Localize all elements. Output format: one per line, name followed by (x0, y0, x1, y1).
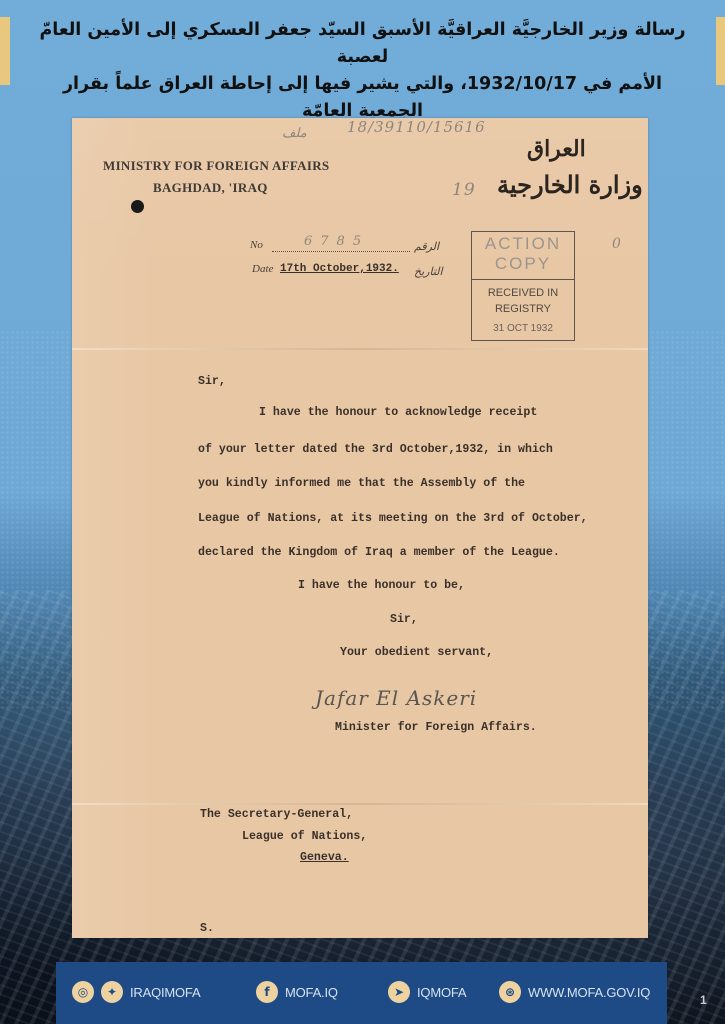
footer-item-telegram[interactable]: ➤ IQMOFA (388, 981, 466, 1003)
letterhead-city-en: BAGHDAD, 'IRAQ (153, 180, 268, 196)
pencil-note-file: ملف (282, 126, 307, 141)
pencil-note-side: 19 (452, 180, 476, 200)
pencil-note-stamp: 0 (612, 236, 622, 252)
date-value: 17th October,1932. (280, 263, 399, 275)
body-line-4: League of Nations, at its meeting on the… (198, 512, 588, 525)
number-line (272, 251, 410, 252)
paper-fold-line (72, 348, 648, 350)
number-value: 6785 (304, 234, 369, 249)
stamp-action-copy: ACTION COPY (472, 232, 574, 280)
paper-fold-line (72, 803, 648, 805)
closing-line-2: Sir, (390, 613, 418, 626)
footer-item-iraqimofa[interactable]: ◎ ✦ IRAQIMOFA (72, 981, 200, 1003)
facebook-icon[interactable]: f (256, 981, 278, 1003)
globe-icon[interactable]: ⊛ (499, 981, 521, 1003)
footer-item-facebook[interactable]: f MOFA.IQ (256, 981, 338, 1003)
letter-document: ملف 18/39110/15616 19 0 MINISTRY FOR FOR… (72, 118, 648, 938)
accent-bar-right (716, 17, 725, 85)
instagram-icon[interactable]: ◎ (72, 981, 94, 1003)
registry-stamp: ACTION COPY RECEIVED IN REGISTRY 31 OCT … (471, 231, 575, 341)
footer-item-website[interactable]: ⊛ WWW.MOFA.GOV.IQ (499, 981, 650, 1003)
body-line-5: declared the Kingdom of Iraq a member of… (198, 546, 560, 559)
signatory-title: Minister for Foreign Affairs. (335, 721, 537, 734)
footer-label-iraqimofa[interactable]: IRAQIMOFA (130, 985, 200, 1000)
addressee-line-1: The Secretary-General, (200, 808, 353, 821)
twitter-icon[interactable]: ✦ (101, 981, 123, 1003)
footer-social-bar: ◎ ✦ IRAQIMOFA f MOFA.IQ ➤ IQMOFA ⊛ WWW.M… (56, 962, 667, 1024)
footer-label-facebook[interactable]: MOFA.IQ (285, 985, 338, 1000)
signature: Jafar El Askeri (315, 686, 477, 710)
stamp-received: RECEIVED IN REGISTRY 31 OCT 1932 (472, 280, 574, 337)
date-label: Date (252, 263, 273, 275)
page-number: 1 (700, 993, 707, 1007)
date-label-ar: التاريخ (414, 265, 443, 278)
salutation: Sir, (198, 375, 226, 388)
punch-hole (131, 200, 144, 213)
body-line-3: you kindly informed me that the Assembly… (198, 477, 525, 490)
addressee-line-2: League of Nations, (242, 830, 367, 843)
pencil-note-reference: 18/39110/15616 (347, 118, 486, 136)
body-line-1: I have the honour to acknowledge receipt (259, 406, 537, 419)
headline-line-1: رسالة وزير الخارجيَّة العراقيَّة الأسبق … (30, 17, 695, 71)
headline-line-2: الأمم في 1932/10/17، والتي يشير فيها إلى… (30, 71, 695, 125)
footer-label-telegram[interactable]: IQMOFA (417, 985, 466, 1000)
addressee-line-3: Geneva. (300, 851, 349, 864)
letterhead-country-ar: العراق (527, 136, 586, 162)
typist-initial: S. (200, 922, 214, 935)
closing-line-3: Your obedient servant, (340, 646, 493, 659)
number-label-ar: الرقم (414, 240, 439, 253)
telegram-icon[interactable]: ➤ (388, 981, 410, 1003)
footer-label-website[interactable]: WWW.MOFA.GOV.IQ (528, 985, 650, 1000)
accent-bar-left (0, 17, 10, 85)
body-line-2: of your letter dated the 3rd October,193… (198, 443, 553, 456)
letterhead-ministry-ar: وزارة الخارجية (497, 170, 643, 199)
letterhead-ministry-en: MINISTRY FOR FOREIGN AFFAIRS (103, 158, 329, 174)
stamp-date: 31 OCT 1932 (472, 321, 574, 337)
number-label: No (250, 239, 263, 251)
closing-line-1: I have the honour to be, (298, 579, 465, 592)
